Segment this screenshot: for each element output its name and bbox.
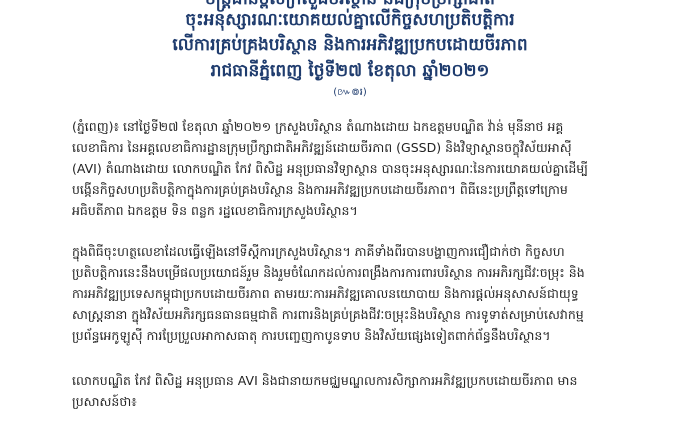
paragraph-line: ប្រសាសន៍ថា៖ <box>72 391 628 412</box>
paragraph-2: ក្នុងពិធីចុះហត្ថលេខាដែលធ្វើឡើងនៅទីស្តីកា… <box>72 241 628 346</box>
paragraph-1: (ភ្នំពេញ)៖ នៅថ្ងៃទី២៧ ខែតុលា ឆ្នាំ២០២១ ក… <box>72 116 628 221</box>
document-title-line-4: រាជធានីភ្នំពេញ ថ្ងៃទី២៧ ខែតុលា ឆ្នាំ២០២១ <box>0 60 700 82</box>
paragraph-line: លោកបណ្ឌិត កែវ ពិសិដ្ឋ អនុប្រធាន AVI និងជ… <box>72 370 628 391</box>
paragraph-line: ការអភិវឌ្ឍប្រទេសកម្ពុជាប្រកបដោយចីរភាព តា… <box>72 283 628 304</box>
paragraph-line: អធិបតីភាព ឯកឧត្តម ទិន ពន្លក រដ្ឋលេខាធិកា… <box>72 200 628 221</box>
paragraph-line: ប្រព័ន្ធអេកូឡូស៊ី ការប្រែប្រួលអាកាសធាតុ … <box>72 325 628 346</box>
paragraph-line: ក្នុងពិធីចុះហត្ថលេខាដែលធ្វើឡើងនៅទីស្តីកា… <box>72 241 628 262</box>
paragraph-line: (AVI) តំណាងដោយ លោកបណ្ឌិត កែវ ពិសិដ្ឋ អនុ… <box>72 158 628 179</box>
document-page: មន្ត្រីជាន់ខ្ពស់ក្រសួងបរិស្ថាន និងក្រុមប… <box>0 0 700 430</box>
document-title-line-3: លើការគ្រប់គ្រងបរិស្ថាន និងការអភិវឌ្ឍប្រក… <box>0 34 700 56</box>
paragraph-line: លេខាធិការ នៃអគ្គលេខាធិការដ្ឋានក្រុមប្រឹក… <box>72 137 628 158</box>
paragraph-line: (ភ្នំពេញ)៖ នៅថ្ងៃទី២៧ ខែតុលា ឆ្នាំ២០២១ ក… <box>72 116 628 137</box>
paragraph-line: បង្កើនកិច្ចសហប្រតិបត្តិកាក្នុងការគ្រប់គ្… <box>72 179 628 200</box>
paragraph-3: លោកបណ្ឌិត កែវ ពិសិដ្ឋ អនុប្រធាន AVI និងជ… <box>72 370 628 412</box>
paragraph-line: ប្រតិបត្តិការនេះនឹងបម្រើផលប្រយោជន៍រួម និ… <box>72 262 628 283</box>
paragraph-line: សាស្ត្រនានា ក្នុងវិស័យអភិរក្សធនធានធម្មជា… <box>72 304 628 325</box>
document-title-line-2: ចុះអនុស្សារណៈយោគយល់គ្នាលើកិច្ចសហប្រតិបត្… <box>0 9 700 31</box>
title-ornament: (៚៙៛) <box>0 86 700 100</box>
